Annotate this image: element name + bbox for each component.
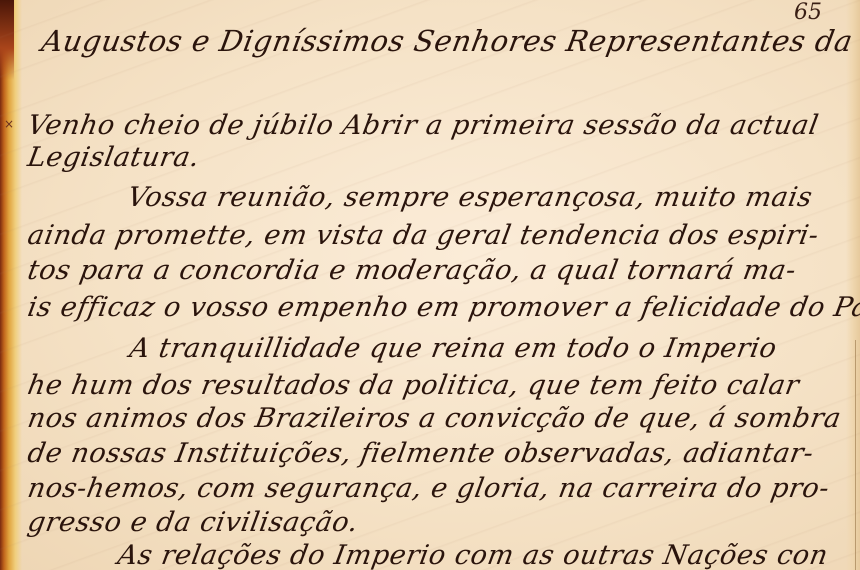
- page-edge: [846, 0, 860, 570]
- text-line: A tranquillidade que reina em todo o Imp…: [127, 333, 779, 364]
- text-line: de nossas Instituições, fielmente observ…: [25, 438, 816, 469]
- page-number: 65: [794, 0, 822, 25]
- binding-stain: [0, 0, 14, 80]
- text-line: Legislatura.: [25, 142, 202, 173]
- text-line: gresso e da civilisação.: [25, 507, 361, 538]
- text-line: is efficaz o vosso empenho em promover a…: [25, 292, 860, 323]
- margin-mark: ×: [4, 117, 14, 131]
- manuscript-page: 65 Augustos e Digníssimos Senhores Repre…: [0, 0, 860, 570]
- text-line: nos animos dos Brazileiros a convicção d…: [25, 403, 843, 434]
- page-edge-line: [855, 340, 856, 570]
- text-line: As relações do Imperio com as outras Naç…: [115, 540, 830, 570]
- text-line: tos para a concordia e moderação, a qual…: [25, 255, 798, 286]
- text-line: Venho cheio de júbilo Abrir a primeira s…: [25, 110, 821, 141]
- text-line: ainda promette, em vista da geral tenden…: [25, 220, 821, 251]
- text-line: he hum dos resultados da politica, que t…: [25, 370, 801, 401]
- binding-edge: [0, 0, 22, 570]
- text-line: nos-hemos, com segurança, e gloria, na c…: [25, 473, 832, 504]
- text-line: Vossa reunião, sempre esperançosa, muito…: [125, 182, 815, 213]
- salutation: Augustos e Digníssimos Senhores Represen…: [39, 24, 860, 58]
